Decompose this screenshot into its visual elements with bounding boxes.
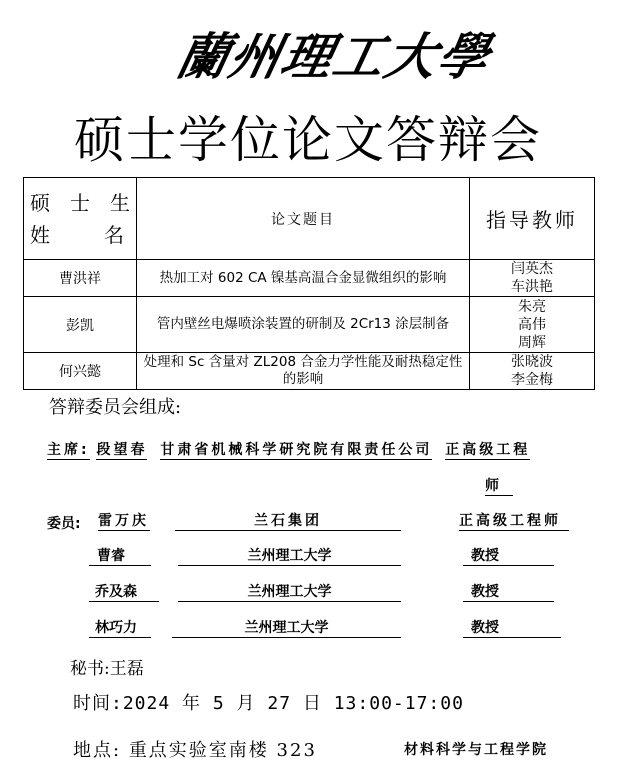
chair-title-line2: 师: [485, 478, 513, 496]
location-value: 重点实验室南楼 323: [129, 740, 317, 761]
member-name-wrap: 曹睿: [89, 548, 151, 566]
page-title: 硕士学位论文答辩会: [74, 108, 554, 172]
chair-title-cont: 师: [485, 478, 513, 496]
advisors: 闫英杰 车洪艳: [470, 260, 595, 297]
time-value: 2024 年 5 月 27 日 13:00-17:00: [123, 693, 464, 714]
member-title: 教授: [463, 584, 554, 602]
secretary-label: 秘书:: [70, 659, 110, 679]
member-name: 曹睿: [89, 548, 151, 566]
student-name: 彭凯: [24, 297, 137, 353]
chair-organization: 甘肃省机械科学研究院有限责任公司: [160, 442, 432, 460]
table-row: 彭凯 管内壁丝电爆喷涂装置的研制及 2Cr13 涂层制备 朱亮 高伟 周辉: [24, 297, 595, 353]
member-org-wrap: 兰州理工大学: [172, 620, 401, 638]
advisors: 张晓波 李金梅: [470, 353, 595, 390]
member-name: 雷万庆: [98, 513, 150, 531]
member-title-wrap: 教授: [463, 584, 554, 602]
member-title-wrap: 教授: [463, 548, 554, 566]
member-org-wrap: 兰州理工大学: [178, 548, 401, 566]
advisor-name: 张晓波: [470, 353, 594, 371]
student-name: 曹洪祥: [24, 260, 137, 297]
members-label: 委员:: [47, 516, 81, 532]
member-name-wrap: 雷万庆: [98, 513, 150, 531]
location-line: 地点: 重点实验室南楼 323: [73, 736, 317, 762]
header-char: 名: [104, 219, 124, 251]
member-name-wrap: 林巧力: [89, 620, 151, 638]
header-thesis-title: 论文题目: [137, 178, 470, 260]
member-title: 教授: [463, 620, 561, 638]
university-logo: 蘭州理工大學: [171, 24, 455, 90]
member-title-wrap: 正高级工程师: [459, 513, 569, 531]
table-row: 何兴懿 处理和 Sc 含量对 ZL208 合金力学性能及耐热稳定性的影响 张晓波…: [24, 353, 595, 390]
time-line: 时间:2024 年 5 月 27 日 13:00-17:00: [73, 689, 464, 715]
secretary-line: 秘书:王磊: [70, 654, 144, 679]
advisor-name: 车洪艳: [470, 278, 594, 296]
time-label: 时间:: [73, 693, 123, 714]
member-title: 正高级工程师: [459, 513, 569, 531]
student-name: 何兴懿: [24, 353, 137, 390]
member-title-wrap: 教授: [463, 620, 561, 638]
member-organization: 兰州理工大学: [172, 620, 401, 638]
school-name: 材料科学与工程学院: [404, 739, 548, 759]
member-organization: 兰石集团: [175, 513, 401, 531]
member-name-wrap: 乔及森: [89, 584, 159, 602]
secretary-name: 王磊: [110, 659, 144, 679]
header-char: 硕: [30, 187, 50, 219]
table-header-row: 硕 士 生 姓 名 论文题目 指导教师: [24, 178, 595, 260]
thesis-title: 管内壁丝电爆喷涂装置的研制及 2Cr13 涂层制备: [137, 297, 470, 353]
advisor-name: 李金梅: [470, 371, 594, 389]
member-org-wrap: 兰州理工大学: [178, 584, 401, 602]
member-organization: 兰州理工大学: [178, 548, 401, 566]
member-organization: 兰州理工大学: [178, 584, 401, 602]
advisor-name: 周辉: [470, 334, 594, 352]
member-org-wrap: 兰石集团: [175, 513, 401, 531]
advisor-name: 高伟: [470, 316, 594, 334]
chair-row: 主席: 段望春 甘肃省机械科学研究院有限责任公司 正高级工程: [47, 442, 530, 460]
advisor-name: 朱亮: [470, 298, 594, 316]
defense-schedule-table: 硕 士 生 姓 名 论文题目 指导教师 曹洪祥 热加工对 602 CA 镍基高温…: [23, 177, 595, 390]
advisor-name: 闫英杰: [470, 260, 594, 278]
member-name: 林巧力: [89, 620, 151, 638]
header-char: 士: [70, 187, 90, 219]
chair-label: 主席:: [47, 442, 90, 460]
chair-title: 正高级工程: [445, 442, 530, 460]
member-row: 委员:: [47, 513, 81, 533]
committee-heading: 答辩委员会组成:: [49, 393, 181, 419]
header-student-name: 硕 士 生 姓 名: [24, 178, 137, 260]
member-name: 乔及森: [89, 584, 159, 602]
thesis-title: 处理和 Sc 含量对 ZL208 合金力学性能及耐热稳定性的影响: [137, 353, 470, 390]
member-title: 教授: [463, 548, 554, 566]
location-label: 地点:: [73, 740, 121, 761]
header-advisor: 指导教师: [470, 178, 595, 260]
chair-name: 段望春: [96, 442, 147, 460]
thesis-title: 热加工对 602 CA 镍基高温合金显微组织的影响: [137, 260, 470, 297]
header-char: 姓: [30, 219, 50, 251]
table-row: 曹洪祥 热加工对 602 CA 镍基高温合金显微组织的影响 闫英杰 车洪艳: [24, 260, 595, 297]
advisors: 朱亮 高伟 周辉: [470, 297, 595, 353]
header-char: 生: [110, 187, 130, 219]
